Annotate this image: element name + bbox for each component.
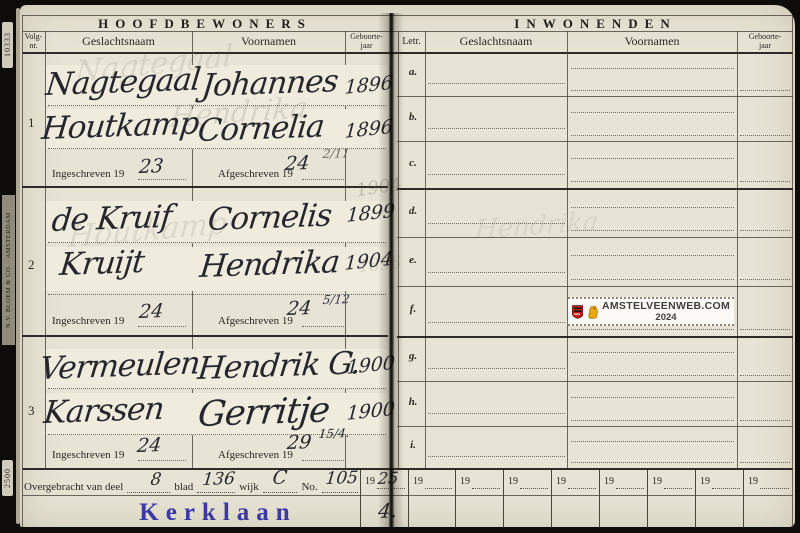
dotted-line [48, 294, 386, 295]
year-prefix: 19 [748, 476, 758, 487]
dotted-line [425, 488, 452, 489]
inwonenden-row: a. [397, 52, 793, 96]
firstnames-handwritten: Cornelia [196, 108, 326, 149]
year-cell: 19 [743, 470, 793, 527]
firstnames-handwritten: Cornelis [206, 198, 333, 238]
deregistered-label: Afgeschreven 19 [218, 168, 293, 180]
coat-of-arms-shield-icon [572, 303, 583, 321]
rule [22, 186, 388, 188]
house-number: 4. [377, 498, 399, 523]
no-blank: 105 [322, 480, 358, 493]
dotted-line [740, 90, 790, 91]
dotted-line [138, 326, 186, 327]
dotted-line [571, 441, 734, 442]
dotted-line [571, 352, 734, 353]
dotted-line [740, 230, 790, 231]
street-stamp: Kerklaan [108, 499, 328, 527]
dotted-line [48, 242, 386, 243]
inwonenden-row: b. [397, 96, 793, 141]
year-cell: 19 25 4. [360, 470, 409, 527]
dotted-line [520, 488, 548, 489]
transfer-line: Overgebracht van deel 8 blad 136 wijk C … [24, 475, 358, 493]
dotted-line [571, 420, 734, 421]
column-header-surname-right: Geslachtsnaam [425, 31, 567, 52]
volgnr-value: 1 [28, 115, 35, 131]
firstnames-handwritten: Johannes [200, 63, 339, 104]
transfer-label: Overgebracht van deel [24, 481, 123, 493]
ghost-writing: 1896 [357, 253, 402, 277]
year-cell: 19 [551, 470, 600, 527]
deregistered-date: 15/4. [318, 426, 350, 441]
rule [345, 31, 346, 468]
dotted-line [571, 207, 734, 208]
dotted-line [428, 223, 565, 224]
dotted-line [740, 181, 790, 182]
dotted-line [48, 148, 386, 149]
deregistered-label: Afgeschreven 19 [218, 449, 293, 461]
surname-handwritten: Nagtegaal [44, 61, 202, 103]
row-letter: a. [402, 66, 424, 78]
year-cell: 19 [647, 470, 696, 527]
wijk-blank: C [263, 480, 298, 493]
year-prefix: 19 [556, 476, 566, 487]
dotted-line [571, 375, 734, 376]
deregistered-date: 2/11 [322, 146, 350, 161]
ghost-writing: Houtkamp [67, 206, 229, 255]
row-band [46, 349, 388, 389]
lion-icon [587, 303, 598, 321]
firstnames-handwritten: Gerritje [196, 390, 331, 435]
inwonenden-row: i. [397, 426, 793, 468]
year-prefix: 19 [700, 476, 710, 487]
dotted-line [428, 174, 565, 175]
wijk-value: C [271, 466, 288, 494]
deel-value: 8 [149, 470, 162, 494]
year-value: 25 [377, 468, 399, 488]
birthyear-handwritten: 1900 [346, 352, 396, 379]
dotted-line [428, 456, 565, 457]
rule [22, 335, 388, 337]
year-prefix: 19 [508, 476, 518, 487]
scanned-register-card: { "colors": { "paper": "#e8e4d5", "ink":… [0, 0, 800, 533]
row-letter: d. [402, 205, 424, 217]
column-header-birthyear-right: Geboorte-jaar [737, 31, 793, 52]
dotted-line [740, 420, 790, 421]
dotted-line [138, 179, 186, 180]
row-band [46, 201, 388, 243]
dotted-line [571, 181, 734, 182]
dotted-line [571, 329, 734, 330]
dotted-line [428, 83, 565, 84]
birthyear-handwritten: 1899 [346, 200, 396, 227]
dotted-line [571, 158, 734, 159]
edge-printer-imprint: N.V. BLOEM & CO. · AMSTERDAM [2, 195, 15, 345]
inwonenden-row: g. [397, 336, 793, 381]
registered-value: 24 [136, 434, 162, 457]
dotted-line [428, 128, 565, 129]
surname-handwritten: de Kruif [50, 199, 173, 239]
year-cell: 19 [455, 470, 504, 527]
dotted-line [302, 179, 344, 180]
row-letter: e. [402, 254, 424, 266]
row-band [46, 109, 388, 149]
birthyear-handwritten: 1896 [344, 72, 394, 99]
column-header-firstnames-right: Voornamen [567, 31, 737, 52]
dotted-line [740, 135, 790, 136]
edge-form-number: 2500 [2, 460, 13, 496]
row-letter: g. [402, 350, 424, 362]
row-letter: b. [402, 111, 424, 123]
dotted-line [138, 460, 186, 461]
wijk-label: wijk [239, 481, 259, 493]
row-letter: h. [402, 396, 424, 408]
right-section-title: INWONENDEN [398, 16, 793, 31]
watermark: AMSTELVEENWEB.COM 2024 [568, 297, 734, 326]
birthyear-handwritten: 1896 [344, 116, 394, 143]
dotted-line [712, 488, 740, 489]
dotted-line [428, 322, 565, 323]
edge-serial-number: 10333 [2, 22, 13, 68]
column-header-letter: Letr. [398, 31, 425, 52]
dotted-line [428, 368, 565, 369]
row-band [46, 65, 388, 106]
column-header-surname-left: Geslachtsnaam [45, 31, 192, 52]
year-cell: 19 [599, 470, 648, 527]
registered-label: Ingeschreven 19 [52, 315, 124, 327]
dotted-line [571, 90, 734, 91]
surname-handwritten: Houtkamp [40, 105, 200, 147]
volgnr-value: 3 [28, 403, 35, 419]
row-letter: f. [402, 303, 424, 315]
deregistered-date: 5/12 [322, 292, 350, 307]
dotted-line [740, 279, 790, 280]
no-value: 105 [324, 468, 359, 494]
surname-handwritten: Kruijt [58, 244, 146, 283]
year-prefix: 19 [365, 476, 375, 487]
register-card: HOOFDBEWONERS INWONENDEN Volg-nr. Geslac… [20, 5, 795, 527]
blad-blank: 136 [197, 480, 235, 493]
dotted-line [428, 272, 565, 273]
dotted-line [664, 488, 692, 489]
dotted-line [302, 326, 344, 327]
dotted-line [740, 375, 790, 376]
column-header-birthyear-left: Geboorte-jaar [345, 31, 388, 52]
blad-label: blad [174, 481, 193, 493]
row-letter: i. [402, 439, 424, 451]
dotted-line [428, 413, 565, 414]
row-band [46, 247, 388, 291]
dotted-line [740, 329, 790, 330]
registered-label: Ingeschreven 19 [52, 168, 124, 180]
watermark-text: AMSTELVEENWEB.COM 2024 [602, 300, 730, 323]
no-label: No. [301, 481, 317, 493]
year-prefix: 19 [413, 476, 423, 487]
firstnames-handwritten: Hendrik G. [196, 345, 362, 387]
inwonenden-row: h. [397, 381, 793, 426]
registered-value: 24 [138, 300, 164, 323]
blad-value: 136 [201, 469, 236, 494]
year-prefix: 19 [652, 476, 662, 487]
dotted-line [377, 488, 405, 489]
rule [22, 15, 23, 527]
dotted-line [571, 279, 734, 280]
row-band [46, 393, 388, 435]
dotted-line [48, 105, 386, 106]
left-section-title: HOOFDBEWONERS [22, 16, 388, 31]
dotted-line [48, 434, 386, 435]
inwonenden-row: e. [397, 237, 793, 286]
birthyear-handwritten: 1900 [346, 398, 396, 425]
year-cell: 19 [695, 470, 744, 527]
year-cell: 19 [408, 470, 456, 527]
dotted-line [571, 397, 734, 398]
firstnames-handwritten: Hendrika [198, 244, 341, 285]
dotted-line [472, 488, 500, 489]
birthyear-handwritten: 1904 [344, 248, 394, 275]
dotted-line [302, 460, 344, 461]
row-letter: c. [402, 157, 424, 169]
volgnr-value: 2 [28, 257, 35, 273]
registered-value: 23 [138, 155, 164, 178]
ghost-writing: 1904 [355, 174, 403, 201]
dotted-line [568, 488, 596, 489]
deregistered-label: Afgeschreven 19 [218, 315, 293, 327]
rule [45, 31, 46, 468]
dotted-line [571, 255, 734, 256]
dotted-line [616, 488, 644, 489]
watermark-site: AMSTELVEENWEB.COM [602, 300, 730, 312]
dotted-line [571, 112, 734, 113]
year-prefix: 19 [604, 476, 614, 487]
inwonenden-row: c. [397, 141, 793, 188]
year-prefix: 19 [460, 476, 470, 487]
dotted-line [571, 135, 734, 136]
dotted-line [571, 230, 734, 231]
surname-handwritten: Vermeulen [38, 345, 201, 387]
deel-blank: 8 [127, 480, 170, 493]
watermark-year: 2024 [602, 312, 730, 323]
column-header-volgnr: Volg-nr. [22, 31, 45, 52]
dotted-line [740, 462, 790, 463]
inwonenden-row: d. [397, 189, 793, 237]
year-cell: 19 [503, 470, 552, 527]
dotted-line [48, 388, 386, 389]
dotted-line [571, 462, 734, 463]
dotted-line [760, 488, 789, 489]
dotted-line [571, 68, 734, 69]
rule [192, 31, 193, 468]
surname-handwritten: Karssen [42, 391, 165, 431]
registered-label: Ingeschreven 19 [52, 449, 124, 461]
column-header-firstnames-left: Voornamen [192, 31, 345, 52]
ghost-writing: Hendrika [168, 90, 309, 134]
